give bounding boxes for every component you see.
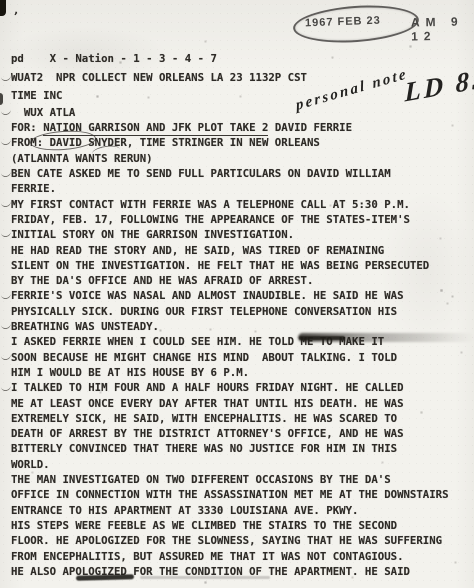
telegram-lines: pd X - Nation - 1 - 3 - 4 - 7WUAT2 NPR C… (11, 51, 470, 579)
telegram-line: PHYSICALLY SICK. DURING OUR FIRST TELEPH… (11, 304, 470, 319)
pen-tick-mark (0, 169, 11, 178)
telegram-line: INITIAL STORY ON THE GARRISON INVESTIGAT… (11, 227, 470, 242)
pen-tick-mark (0, 137, 11, 146)
telegram-line: MY FIRST CONTACT WITH FERRIE WAS A TELEP… (11, 197, 470, 212)
telegram-line: FROM: DAVID SNYDER, TIME STRINGER IN NEW… (11, 135, 470, 150)
telegram-line: FLOOR. HE APOLOGIZED FOR THE SLOWNESS, S… (11, 533, 470, 548)
document-page: ’ 1967 FEB 23 AM 9 12 personal note LD 8… (0, 0, 474, 588)
pen-tick-mark (0, 352, 11, 361)
telegram-line: HIS STEPS WERE FEEBLE AS WE CLIMBED THE … (11, 518, 470, 533)
telegram-line: BEN CATE ASKED ME TO SEND FULL PARTICULA… (11, 166, 470, 181)
telegram-line: EXTREMELY SICK, HE SAID, WITH ENCEPHALIT… (11, 411, 470, 426)
telegram-line: SILENT ON THE INVESTIGATION. HE FELT THA… (11, 258, 470, 273)
telegram-line: FRIDAY, FEB. 17, FOLLOWING THE APPEARANC… (11, 212, 470, 227)
telegram-line: (ATLANNTA WANTS RERUN) (11, 151, 470, 166)
telegram-line: FERRIE. (11, 181, 470, 196)
bottom-ink-smudge (76, 574, 134, 581)
stray-ink-mark: ’ (11, 10, 19, 24)
left-edge-ink-mark (0, 93, 3, 105)
telegram-line: FERRIE'S VOICE WAS NASAL AND ALMOST INAU… (11, 288, 470, 303)
telegram-line: FROM ENCEPHALITIS, BUT ASSURED ME THAT I… (11, 549, 470, 564)
telegram-line: I TALKED TO HIM FOUR AND A HALF HOURS FR… (11, 380, 470, 395)
underlined-slug: NATION GARRISON AND JFK PLOT TAKE 2 (43, 121, 268, 136)
telegram-line: BY THE DA'S OFFICE AND HE WAS AFRAID OF … (11, 273, 470, 288)
telegram-line: WORLD. (11, 457, 470, 472)
bottom-ink-smudge-trail (140, 576, 270, 579)
telegram-line: THE MAN INVESTIGATED ON TWO DIFFERENT OC… (11, 472, 470, 487)
ink-smear-core (299, 336, 345, 340)
telegram-line: ME AT LEAST ONCE EVERY DAY AFTER THAT UN… (11, 396, 470, 411)
telegram-line: WUAT2 NPR COLLECT NEW ORLEANS LA 23 1132… (11, 70, 470, 85)
pen-tick-mark (0, 321, 11, 330)
telegram-line: WUX ATLA (11, 105, 470, 120)
telegram-line: ENTRANCE TO HIS APARTMENT AT 3330 LOUISI… (11, 503, 470, 518)
telegram-line: TIME INC (11, 88, 470, 103)
telegram-line: pd X - Nation - 1 - 3 - 4 - 7 (11, 51, 470, 66)
pen-tick-mark (0, 229, 11, 238)
paper-speckles (0, 0, 1, 1)
telegram-line: BITTERLY CONVINCED THAT THERE WAS NO JUS… (11, 441, 470, 456)
telegram-line: DEATH OF ARREST BY THE DISTRICT ATTORNEY… (11, 426, 470, 441)
stamp-time: AM 9 12 (411, 15, 468, 44)
telegram-line: SOON BECAUSE HE MIGHT CHANGE HIS MIND AB… (11, 350, 470, 365)
telegram-line: FOR: NATION GARRISON AND JFK PLOT TAKE 2… (11, 120, 470, 135)
pen-tick-mark (0, 107, 11, 116)
corner-ink-blot (0, 0, 6, 16)
received-date-stamp: 1967 FEB 23 AM 9 12 (293, 4, 468, 44)
pen-tick-mark (0, 383, 11, 392)
pen-tick-mark (0, 291, 11, 300)
telegram-line: HE HAD READ THE STORY AND, HE SAID, WAS … (11, 243, 470, 258)
telegram-line: HIM I WOULD BE AT HIS HOUSE BY 6 P.M. (11, 365, 470, 380)
pen-tick-mark (0, 199, 11, 208)
telegram-line: OFFICE IN CONNECTION WITH THE ASSASSINAT… (11, 487, 470, 502)
